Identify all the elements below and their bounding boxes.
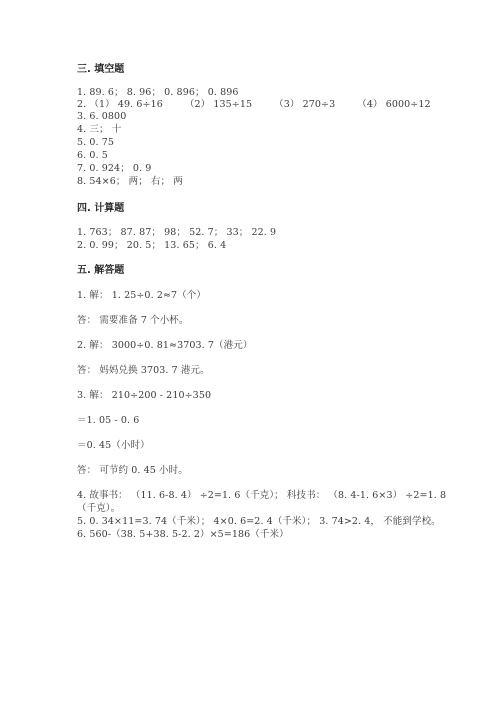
answer-line: 1. 解： 1. 25÷0. 2≈7（个）: [77, 290, 206, 302]
answer-line: 1. 89. 6； 8. 96； 0. 896； 0. 896: [77, 87, 239, 99]
document-page: 三. 填空题 1. 89. 6； 8. 96； 0. 896； 0. 896 2…: [0, 0, 500, 707]
answer-line: 答： 可节约 0. 45 小时。: [77, 465, 188, 477]
section-heading-fill-in: 三. 填空题: [77, 63, 124, 76]
answer-line: 3. 6. 0800: [77, 111, 126, 123]
answer-line: 5. 0. 34×11=3. 74（千米）； 4×0. 6=2. 4（千米）； …: [77, 516, 441, 528]
answer-line: 6. 0. 5: [77, 150, 108, 162]
answer-line: 4. 故事书： （11. 6-8. 4） ÷2=1. 6（千克）； 科技书： （…: [77, 490, 446, 502]
section-heading-word-problems: 五. 解答题: [77, 264, 124, 277]
answer-line: 8. 54×6； 两； 右； 两: [77, 176, 183, 188]
answer-part-3: （3） 270÷3: [274, 99, 335, 110]
answer-line: 答： 需要准备 7 个小杯。: [77, 315, 189, 327]
answer-line: ＝0. 45（小时）: [77, 440, 150, 452]
answer-line: 3. 解： 210÷200 - 210÷350: [77, 390, 211, 402]
answer-line: 1. 763； 87. 87； 98； 52. 7； 33； 22. 9: [77, 227, 276, 239]
answer-part-4: （4） 6000÷12: [357, 99, 430, 110]
answer-line: 2. 0. 99； 20. 5； 13. 65； 6. 4: [77, 240, 226, 252]
answer-line: 2. 解： 3000÷0. 81≈3703. 7（港元）: [77, 340, 252, 352]
answer-line: （千克）。: [77, 503, 120, 515]
answer-line: 7. 0. 924； 0. 9: [77, 163, 151, 175]
answer-line: ＝1. 05 - 0. 6: [77, 415, 139, 427]
answer-part-2: （2） 135÷15: [185, 99, 252, 110]
section-heading-calculation: 四. 计算题: [77, 202, 124, 215]
answer-part-1: 2. （1） 49. 6÷16: [77, 99, 163, 110]
answer-line: 5. 0. 75: [77, 137, 114, 149]
answer-line: 答： 妈妈兑换 3703. 7 港元。: [77, 365, 210, 377]
answer-line: 6. 560-（38. 5+38. 5-2. 2）×5=186（千米）: [77, 529, 289, 541]
answer-line-2: 2. （1） 49. 6÷16（2） 135÷15（3） 270÷3（4） 60…: [77, 99, 431, 111]
answer-line: 4. 三； 十: [77, 124, 121, 136]
